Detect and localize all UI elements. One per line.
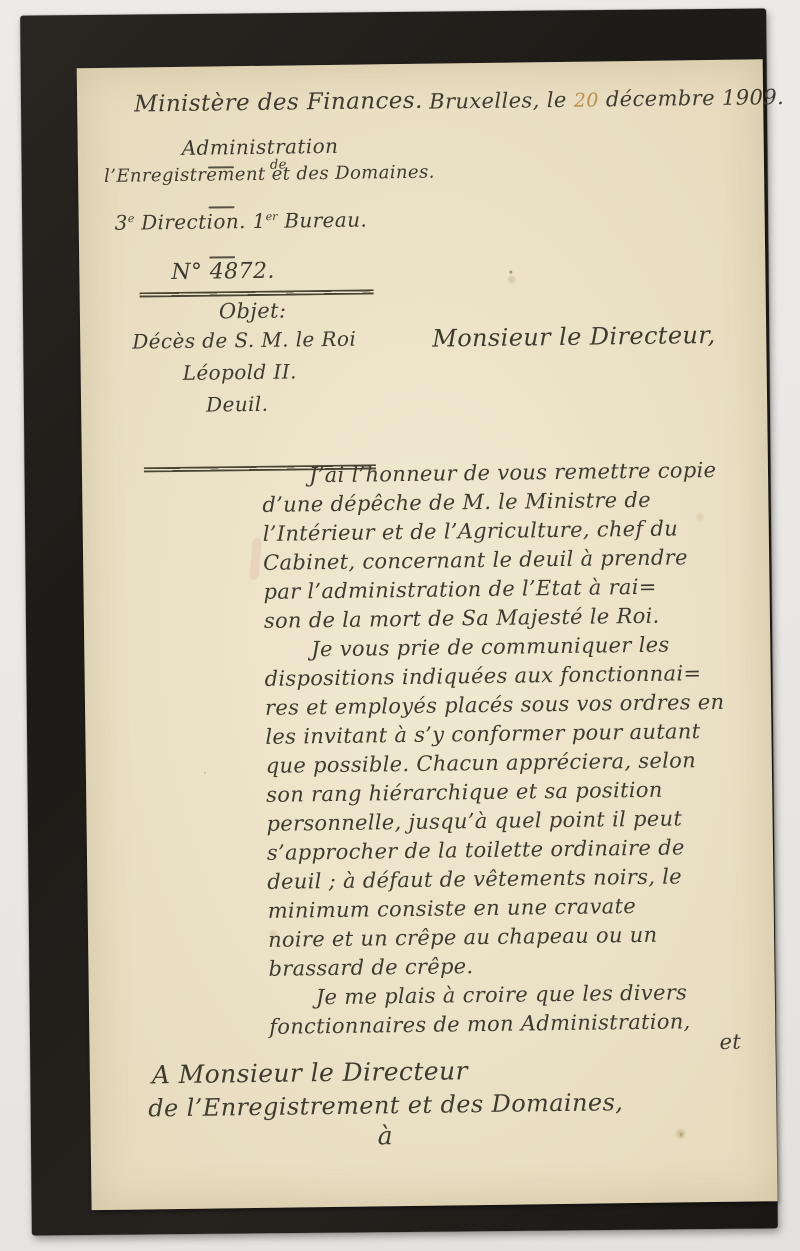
document-number: N° 4872.	[171, 259, 275, 286]
underline-rule	[140, 289, 374, 297]
direction-bureau-line: 3e Direction. 1er Bureau.	[115, 208, 368, 234]
body-lines: J’ai l’honneur de vous remettre copied’u…	[262, 456, 750, 1042]
photo-background: { "colors":{ "bg":"#eae8e5", "mount":"#2…	[0, 0, 800, 1251]
black-mount-card: Ministère des Finances. Bruxelles, le 20…	[20, 8, 778, 1235]
subject-line: Décès de S. M. le Roi	[132, 328, 356, 354]
letter-paper: Ministère des Finances. Bruxelles, le 20…	[77, 59, 778, 1210]
place-date-line: Bruxelles, le 20 décembre 1909.	[429, 85, 784, 114]
number-value: 4872.	[210, 259, 275, 285]
bureau-word: Bureau.	[277, 207, 367, 232]
ink-smudge	[249, 538, 262, 581]
ministry-title: Ministère des Finances.	[134, 88, 423, 118]
administration-line2: l’Enregistrement et des Domaines.	[104, 163, 435, 188]
administration-line1: Administration	[182, 135, 339, 160]
foxing-speck	[509, 271, 512, 274]
divider-dash	[209, 206, 235, 208]
foxing-speck	[204, 772, 206, 774]
direction-word: Direction.	[134, 209, 253, 235]
bureau-ordinal: er	[266, 210, 278, 223]
direction-number: 3	[115, 211, 128, 235]
salutation: Monsieur le Directeur,	[432, 322, 716, 353]
date-day: 20	[574, 89, 599, 111]
foxing-speck	[680, 1132, 683, 1136]
subject-line: Deuil.	[206, 393, 269, 417]
body-line: fonctionnaires de mon Administration,	[269, 1007, 749, 1042]
place-date-prefix: Bruxelles, le	[429, 88, 574, 114]
bureau-number: 1	[252, 209, 265, 233]
subject-label: Objet:	[219, 299, 287, 324]
number-label: N°	[171, 260, 210, 286]
address-line: à	[378, 1122, 394, 1151]
address-line: A Monsieur le Directeur	[152, 1057, 468, 1090]
address-line: de l’Enregistrement et des Domaines,	[148, 1089, 623, 1123]
divider-dash	[209, 256, 235, 258]
subject-line: Léopold II.	[183, 360, 297, 384]
catchword: et	[719, 1030, 741, 1054]
date-rest: décembre 1909.	[599, 85, 785, 111]
